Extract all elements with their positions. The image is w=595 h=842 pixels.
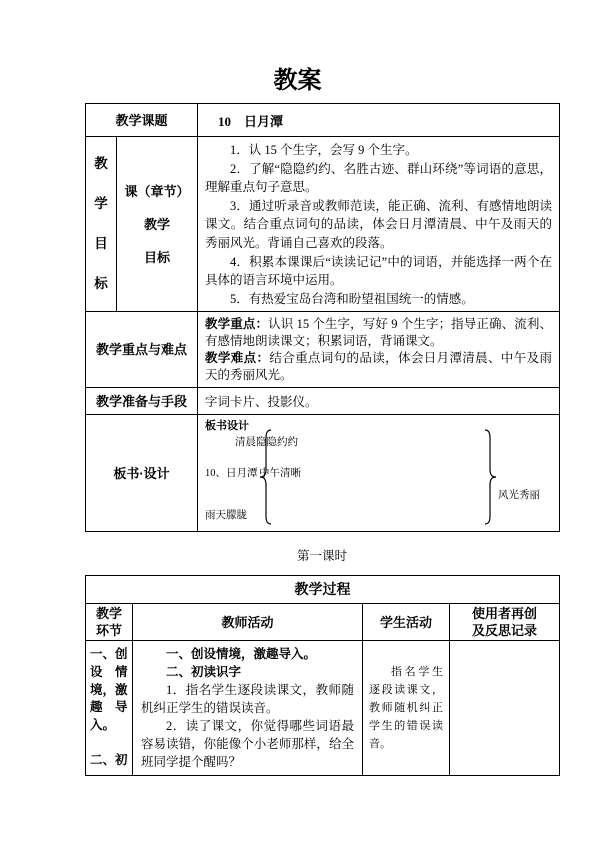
objectives-sub-label: 课（章节） 教学 目标	[117, 137, 198, 312]
objectives-cell: 1．认 15 个生字，会写 9 个生字。 2．了解“隐隐约约、名胜古迹、群山环绕…	[198, 137, 560, 312]
objective-item: 5．有热爱宝岛台湾和盼望祖国统一的情感。	[205, 290, 552, 309]
board-design-label: 板书·设计	[86, 415, 198, 532]
table-row: 教学准备与手段 字词卡片、投影仪。	[86, 388, 560, 415]
column-header-student: 学生活动	[363, 604, 450, 641]
teacher-activity-item: 1．指名学生逐段读课文，教师随机纠正学生的错误读音。	[141, 681, 354, 717]
topic-label: 教学课题	[86, 104, 198, 137]
table-row: 教 学 目 标 课（章节） 教学 目标 1．认 15 个生字，会写 9 个生字。…	[86, 137, 560, 312]
focus-cell: 教学重点：认识 15 个生字，写好 9 个生字；指导正确、流利、有感情地朗读课文…	[198, 312, 560, 388]
board-rain-text: 雨天朦胧	[205, 509, 247, 522]
student-activity-cell: 指名学生逐段读课文，教师随机纠正学生的错误读音。	[363, 641, 450, 776]
objective-item: 2．了解“隐隐约约、名胜古迹、群山环绕”等词语的意思，理解重点句子意思。	[205, 160, 552, 197]
teacher-activity-item: 2．读了课文，你觉得哪些词语最容易读错，你能像个小老师那样，给全班同学提个醒吗？	[141, 717, 354, 771]
objective-item: 4．积累本课课后“读读记记”中的词语，并能选择一两个在具体的语言环境中运用。	[205, 253, 552, 290]
difficulty-title: 教学难点：	[205, 351, 269, 365]
table-row: 教学重点与难点 教学重点：认识 15 个生字，写好 9 个生字；指导正确、流利、…	[86, 312, 560, 388]
teacher-activity-item: 二、初读识字	[141, 663, 354, 681]
right-brace-icon	[482, 429, 498, 525]
table-row: 板书·设计 板书设计 清晨隐隐约约 10、日月潭 中午清晰 雨天朦胧 风光秀丽	[86, 415, 560, 532]
table-row: 一、创 设 情 境，激 趣 导 入。 二、初 一、创设情境，激趣导入。 二、初读…	[86, 641, 560, 776]
focus-label: 教学重点与难点	[86, 312, 198, 388]
column-header-stage: 教学 环节	[86, 604, 133, 641]
column-header-teacher: 教师活动	[133, 604, 363, 641]
notes-cell	[450, 641, 560, 776]
student-activity-text: 指名学生逐段读课文，教师随机纠正学生的错误读音。	[363, 663, 449, 753]
objective-item: 3．通过听录音或教师范读，能正确、流利、有感情地朗读课文。结合重点词句的品读，体…	[205, 197, 552, 253]
page-title: 教案	[0, 64, 595, 98]
board-design-title: 板书设计	[205, 420, 249, 433]
focus-point-title: 教学重点：	[205, 317, 268, 331]
objectives-side-label: 教 学 目 标	[86, 137, 117, 312]
preparation-value: 字词卡片、投影仪。	[198, 388, 560, 415]
topic-value: 10 日月潭	[198, 104, 560, 137]
table-header-row: 教学 环节 教师活动 学生活动 使用者再创 及反思记录	[86, 604, 560, 641]
board-result-text: 风光秀丽	[498, 489, 540, 502]
teaching-process-table: 教学过程 教学 环节 教师活动 学生活动 使用者再创 及反思记录 一、创 设 情…	[85, 575, 560, 776]
preparation-label: 教学准备与手段	[86, 388, 198, 415]
table-row: 教学过程	[86, 576, 560, 604]
difficulty-point: 教学难点：结合重点词句的品读，体会日月潭清晨、中午及雨天的秀丽风光。	[205, 350, 552, 384]
objective-item: 1．认 15 个生字，会写 9 个生字。	[205, 141, 552, 160]
process-title: 教学过程	[86, 576, 560, 604]
board-lesson-text: 10、日月潭	[205, 467, 258, 480]
board-design-cell: 板书设计 清晨隐隐约约 10、日月潭 中午清晰 雨天朦胧 风光秀丽	[198, 415, 560, 532]
left-brace-icon	[258, 429, 274, 525]
column-header-notes: 使用者再创 及反思记录	[450, 604, 560, 641]
stage-cell: 一、创 设 情 境，激 趣 导 入。 二、初	[86, 641, 133, 776]
focus-point: 教学重点：认识 15 个生字，写好 9 个生字；指导正确、流利、有感情地朗读课文…	[205, 316, 552, 350]
table-row: 教学课题 10 日月潭	[86, 104, 560, 137]
teacher-activity-item: 一、创设情境，激趣导入。	[141, 645, 354, 663]
session-title: 第一课时	[85, 549, 559, 564]
teacher-activity-cell: 一、创设情境，激趣导入。 二、初读识字 1．指名学生逐段读课文，教师随机纠正学生…	[133, 641, 363, 776]
lesson-info-table: 教学课题 10 日月潭 教 学 目 标 课（章节） 教学 目标 1．认 15 个…	[85, 103, 560, 532]
